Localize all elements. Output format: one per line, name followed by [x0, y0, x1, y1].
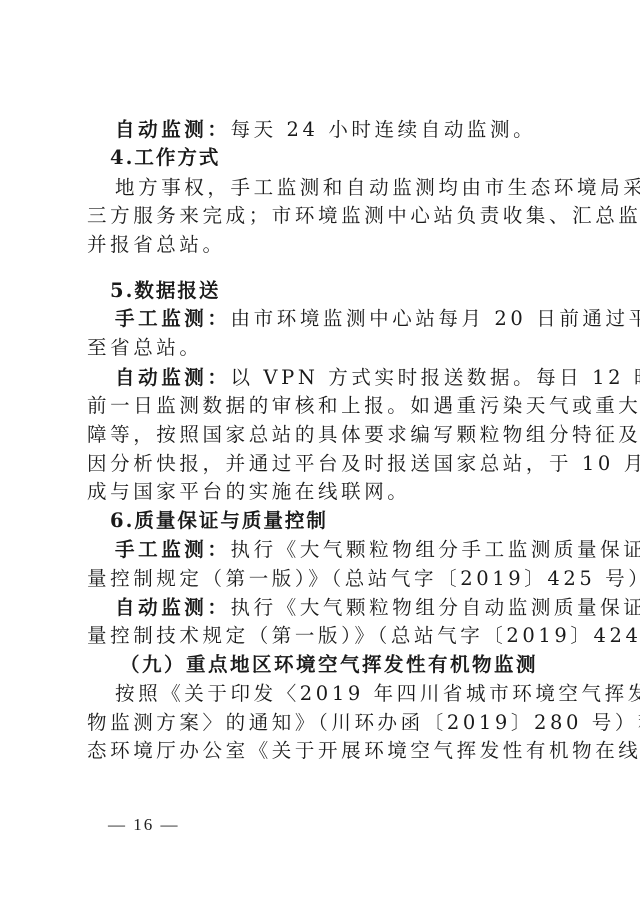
paragraph-manual-qa: 手工监测：执行《大气颗粒物组分手工监测质量保证与质 [115, 535, 585, 564]
body-text: 每天 24 小时连续自动监测。 [231, 118, 537, 141]
body-line: 三方服务来完成；市环境监测中心站负责收集、汇总监测数据 [87, 201, 557, 230]
body-text: 执行《大气颗粒物组分手工监测质量保证与质 [231, 538, 640, 561]
paragraph-auto-qa: 自动监测：执行《大气颗粒物组分自动监测质量保证与质 [115, 593, 585, 622]
body-line: 按照《关于印发〈2019 年四川省城市环境空气挥发性有机 [115, 679, 585, 708]
section-heading-data-reporting: 5.数据报送 [110, 276, 580, 305]
paragraph-manual-reporting: 手工监测：由市环境监测中心站每月 20 日前通过平台上传 [115, 304, 585, 333]
label-manual-monitoring: 手工监测： [115, 307, 231, 330]
paragraph-auto-monitoring-schedule: 自动监测：每天 24 小时连续自动监测。 [115, 115, 585, 144]
body-line: 量控制规定（第一版）》（总站气字〔2019〕425 号）。 [87, 564, 557, 593]
body-line: 成与国家平台的实施在线联网。 [87, 477, 557, 506]
label-auto-monitoring: 自动监测： [115, 118, 231, 141]
body-text: 由市环境监测中心站每月 20 日前通过平台上传 [231, 307, 640, 330]
section-heading-voc-monitoring: （九）重点地区环境空气挥发性有机物监测 [120, 650, 590, 679]
body-line: 并报省总站。 [87, 230, 557, 259]
body-line: 量控制技术规定（第一版）》（总站气字〔2019〕424 号）。 [87, 621, 557, 650]
section-heading-work-method: 4.工作方式 [110, 143, 580, 172]
body-line: 障等，按照国家总站的具体要求编写颗粒物组分特征及污染成 [87, 420, 557, 449]
body-text: 以 VPN 方式实时报送数据。每日 12 时前完成 [231, 366, 640, 389]
label-auto-monitoring: 自动监测： [115, 366, 231, 389]
body-text: 执行《大气颗粒物组分自动监测质量保证与质 [231, 596, 640, 619]
document-page: 自动监测：每天 24 小时连续自动监测。 4.工作方式 地方事权，手工监测和自动… [0, 0, 640, 906]
body-line: 物监测方案〉的通知》（川环办函〔2019〕280 号）和四川省生 [87, 708, 557, 737]
paragraph-auto-reporting: 自动监测：以 VPN 方式实时报送数据。每日 12 时前完成 [115, 363, 585, 392]
body-line: 态环境厅办公室《关于开展环境空气挥发性有机物在线监测系 [87, 736, 557, 765]
label-auto-monitoring: 自动监测： [115, 596, 231, 619]
body-line: 至省总站。 [87, 333, 557, 362]
label-manual-monitoring: 手工监测： [115, 538, 231, 561]
body-line: 前一日监测数据的审核和上报。如遇重污染天气或重大活动保 [87, 391, 557, 420]
page-number: — 16 — [108, 815, 180, 835]
body-line: 地方事权，手工监测和自动监测均由市生态环境局采购第 [115, 173, 585, 202]
section-heading-quality-assurance: 6.质量保证与质量控制 [110, 506, 580, 535]
body-line: 因分析快报，并通过平台及时报送国家总站，于 10 月 1 日前完 [87, 449, 557, 478]
